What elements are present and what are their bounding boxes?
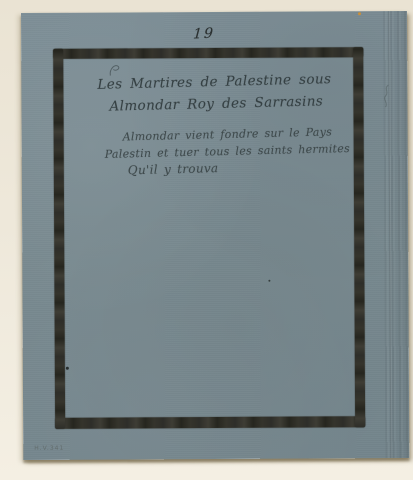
title-line-1: Les Martires de Palestine sous (97, 71, 331, 93)
dust-speck (358, 12, 361, 15)
page-fold (383, 11, 409, 458)
inventory-mark: H.V.341 (34, 445, 64, 452)
dust-speck (66, 367, 69, 370)
ink-frame-left (53, 49, 65, 429)
blue-album-leaf: 19 Les Martires de Palestine sous Almond… (21, 11, 409, 460)
ink-frame-top (53, 47, 363, 59)
scanned-page: 19 Les Martires de Palestine sous Almond… (0, 0, 413, 480)
caption-line-2: Palestin et tuer tous les saints hermite… (105, 142, 351, 161)
ink-frame-bottom (55, 416, 365, 429)
page-number: 19 (193, 26, 216, 43)
title-line-2: Almondar Roy des Sarrasins (109, 93, 323, 114)
ink-frame-right (353, 47, 365, 427)
dust-speck (268, 280, 270, 282)
caption-line-1: Almondar vient fondre sur le Pays (123, 125, 333, 143)
margin-squiggle-mark (379, 83, 393, 109)
caption-line-3: Qu'il y trouva (128, 161, 219, 177)
